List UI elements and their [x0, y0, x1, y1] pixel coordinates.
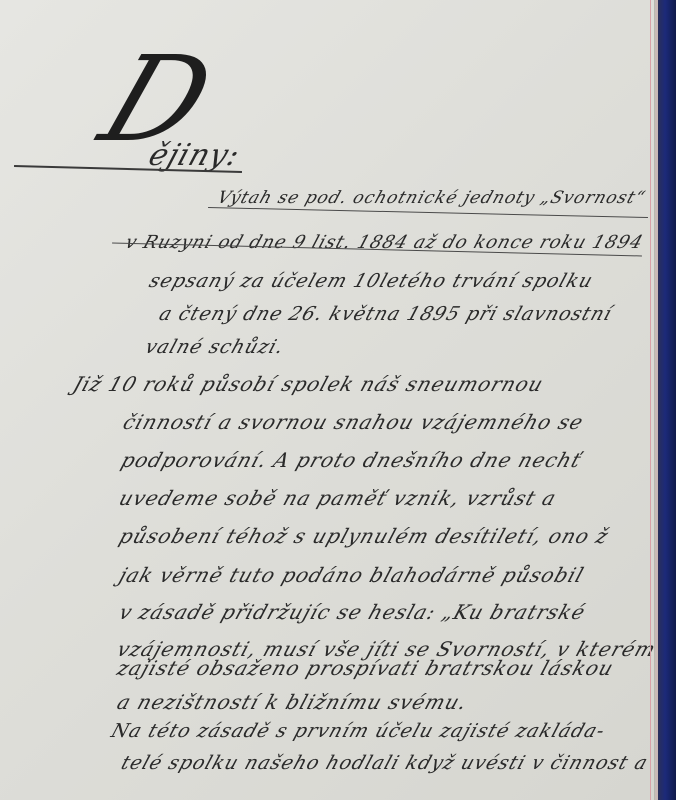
- body-line-1: Již 10 roků působí spolek náš sneumornou: [70, 372, 547, 396]
- subtitle-line-4: a čtený dne 26. května 1895 při slavnost…: [156, 303, 615, 325]
- subtitle-underline-1: [208, 207, 648, 218]
- body-line-10: a nezištností k bližnímu svému.: [114, 690, 471, 714]
- body-line-3: podporování. A proto dnešního dne nechť: [118, 448, 585, 472]
- body-line-7: v zásadě přidržujíc se hesla: „Ku bratrs…: [116, 600, 589, 624]
- body-line-2: činností a svornou snahou vzájemného se: [120, 410, 587, 434]
- body-line-6: jak věrně tuto podáno blahodárně působil: [116, 563, 587, 587]
- book-binding: [658, 0, 676, 800]
- manuscript-page: D ějiny: Výtah se pod. ochotnické jednot…: [0, 0, 655, 800]
- body-line-4: uvedeme sobě na paměť vznik, vzrůst a: [116, 486, 560, 510]
- subtitle-line-5: valné schůzi.: [142, 336, 287, 358]
- body-line-9: zajisté obsaženo prospívati bratrskou lá…: [114, 656, 617, 680]
- body-line-5: působení téhož s uplynulém desítiletí, o…: [116, 524, 612, 548]
- body-line-11: Na této zásadě s prvním účelu zajisté za…: [108, 720, 608, 742]
- page-title: ějiny:: [144, 138, 244, 173]
- subtitle-line-1: Výtah se pod. ochotnické jednoty „Svorno…: [215, 188, 649, 208]
- margin-rule-red: [650, 0, 651, 800]
- body-line-12: telé spolku našeho hodlali když uvésti v…: [118, 752, 651, 774]
- subtitle-line-3: sepsaný za účelem 10letého trvání spolku: [146, 270, 596, 292]
